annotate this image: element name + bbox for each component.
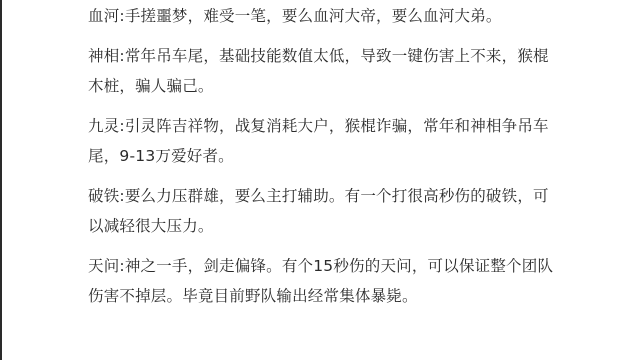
paragraph-potie: 破铁:要么力压群雄，要么主打辅助。有一个打很高秒伤的破铁，可以减轻很大压力。 — [88, 181, 558, 241]
paragraph-shenxiang: 神相:常年吊车尾，基础技能数值太低，导致一键伤害上不来，猴棍木桩，骗人骗己。 — [88, 41, 558, 101]
article-body: 血河:手搓噩梦，难受一笔，要么血河大帝，要么血河大弟。 神相:常年吊车尾，基础技… — [88, 1, 558, 321]
paragraph-xuehe: 血河:手搓噩梦，难受一笔，要么血河大帝，要么血河大弟。 — [88, 1, 558, 31]
document-page: 血河:手搓噩梦，难受一笔，要么血河大帝，要么血河大弟。 神相:常年吊车尾，基础技… — [0, 0, 640, 360]
paragraph-tianwen: 天问:神之一手，剑走偏锋。有个15秒伤的天问，可以保证整个团队伤害不掉层。毕竟目… — [88, 251, 558, 311]
paragraph-jiuling: 九灵:引灵阵吉祥物，战复消耗大户，猴棍诈骗，常年和神相争吊车尾，9-13万爱好者… — [88, 111, 558, 171]
